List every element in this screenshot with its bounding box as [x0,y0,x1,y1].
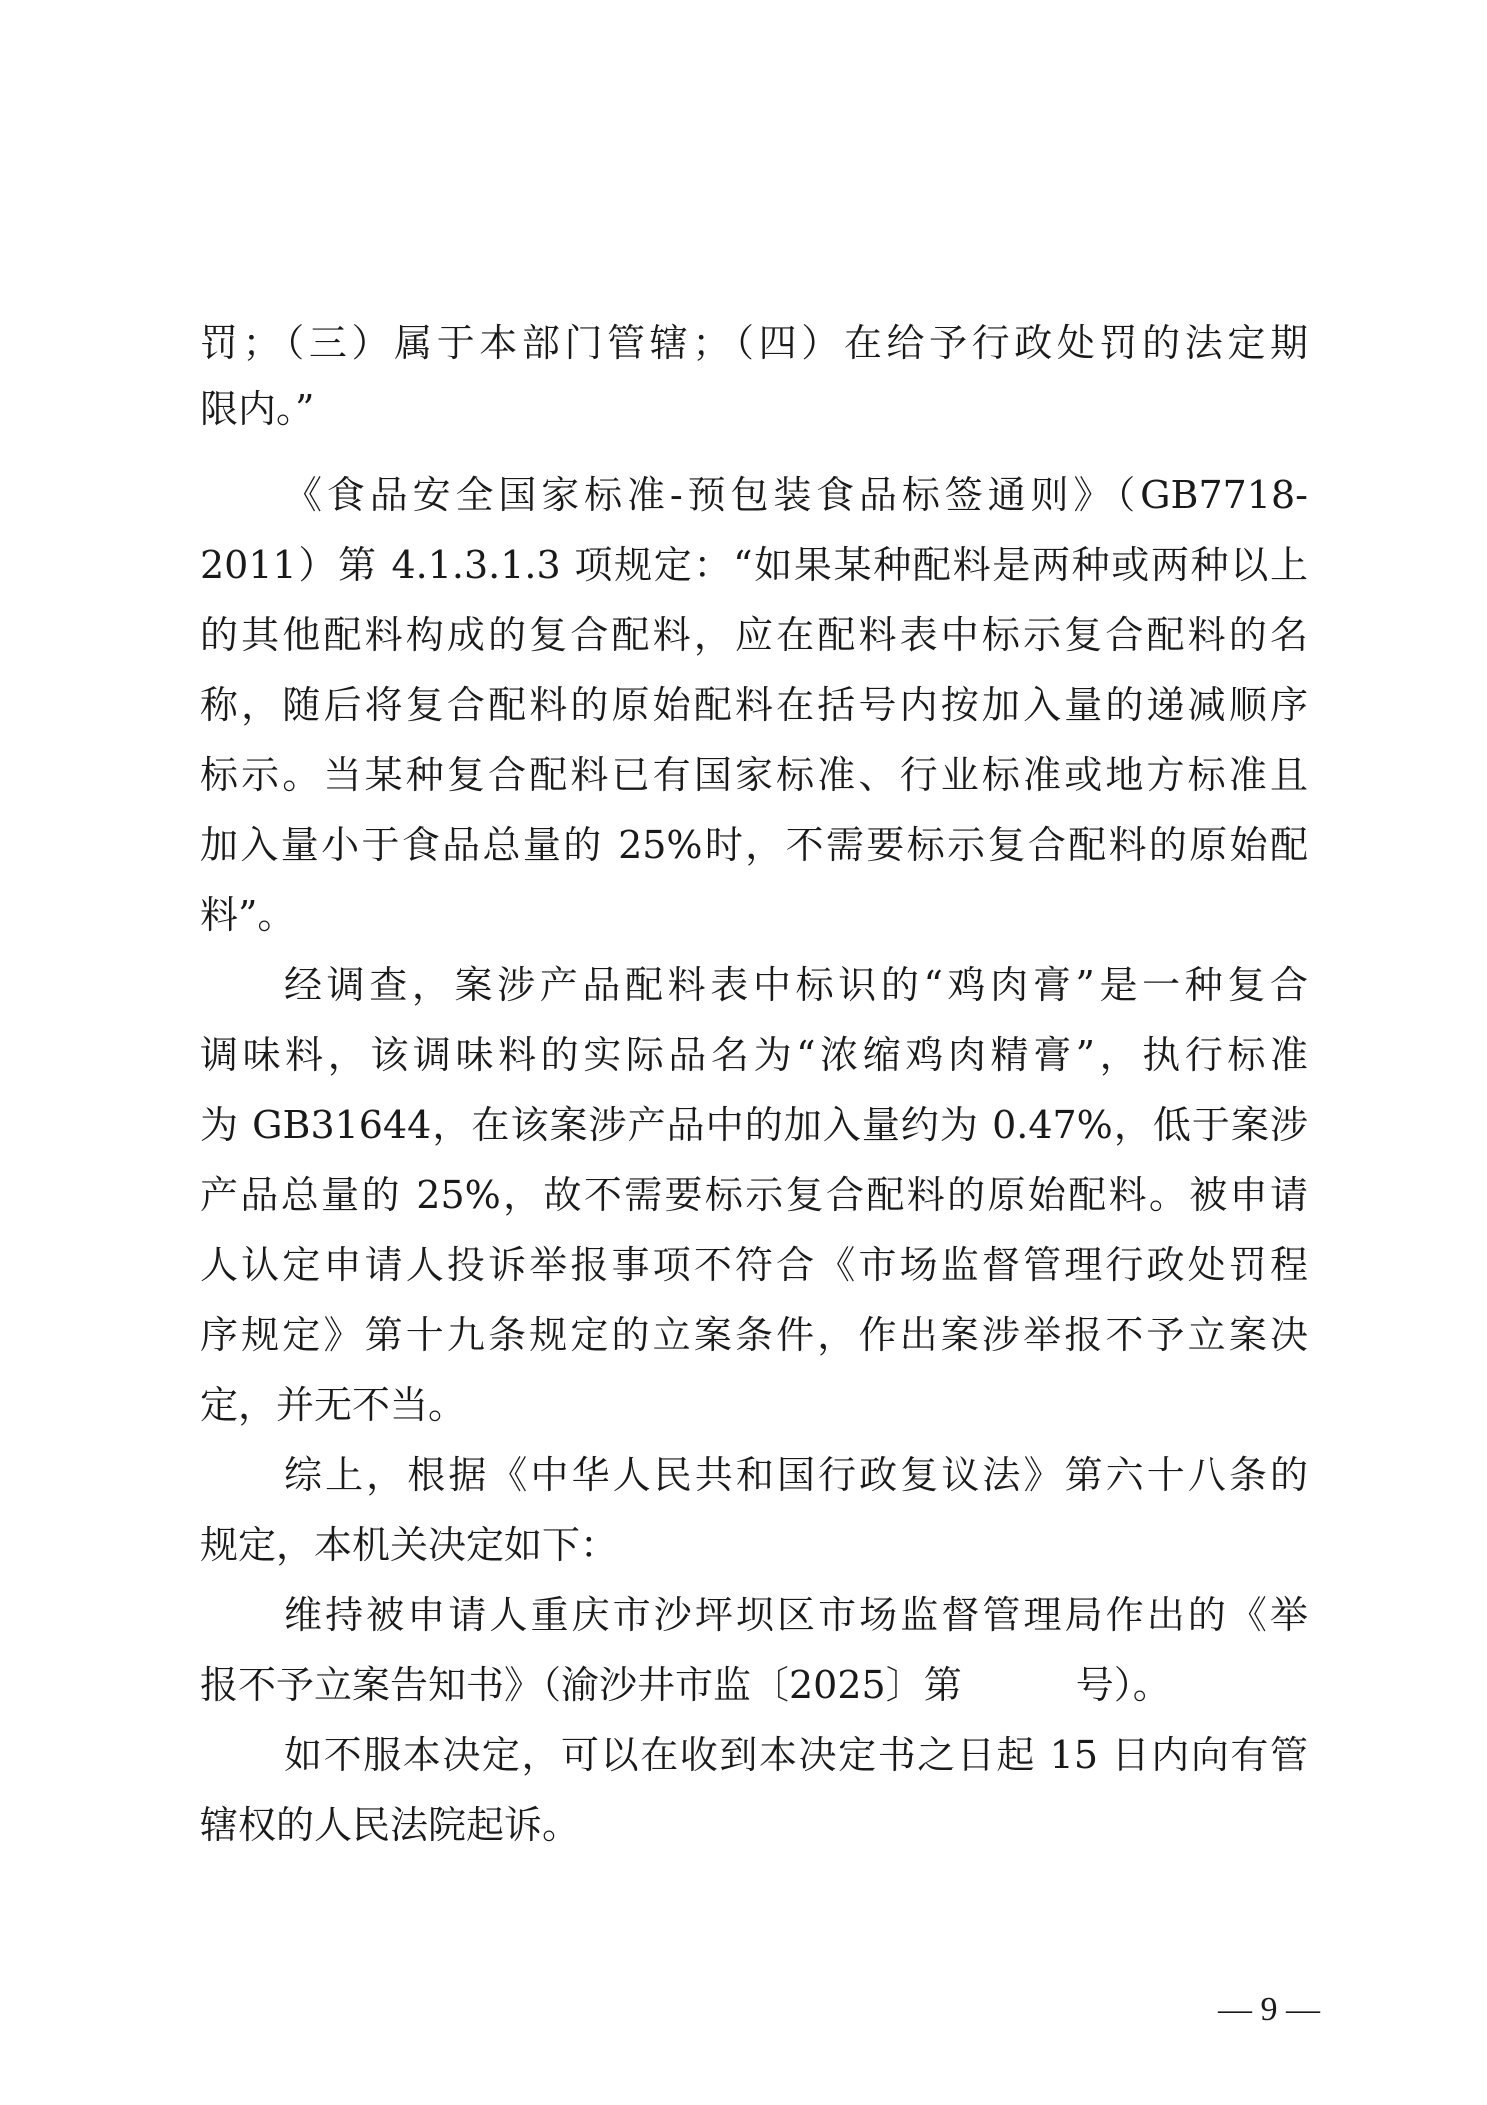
text-line: 维持被申请人重庆市沙坪坝区市场监督管理局作出的《举 [284,1590,1308,1640]
page-number: — 9 — [1200,1990,1320,2030]
text-line: 规定，本机关决定如下： [200,1520,1308,1570]
text-line: 《食品安全国家标准-预包装食品标签通则》（GB7718- [284,470,1308,520]
text-line: 经调查，案涉产品配料表中标识的“鸡肉膏”是一种复合 [284,960,1308,1010]
text-line: 定，并无不当。 [200,1380,1308,1430]
text-line: 罚；（三）属于本部门管辖；（四）在给予行政处罚的法定期 [200,318,1308,368]
text-line: 称，随后将复合配料的原始配料在括号内按加入量的递减顺序 [200,680,1308,730]
text-line: 产品总量的 25%，故不需要标示复合配料的原始配料。被申请 [200,1170,1308,1220]
text-line: 人认定申请人投诉举报事项不符合《市场监督管理行政处罚程 [200,1240,1308,1290]
text-line: 调味料，该调味料的实际品名为“浓缩鸡肉精膏”，执行标准 [200,1030,1308,1080]
text-line: 2011）第 4.1.3.1.3 项规定：“如果某种配料是两种或两种以上 [200,540,1308,590]
document-page: 罚；（三）属于本部门管辖；（四）在给予行政处罚的法定期 限内。” 《食品安全国家… [0,0,1487,2105]
text-line: 料”。 [200,890,1308,940]
text-line: 的其他配料构成的复合配料，应在配料表中标示复合配料的名 [200,610,1308,660]
text-line: 限内。” [200,384,1308,434]
text-line: 综上，根据《中华人民共和国行政复议法》第六十八条的 [284,1450,1308,1500]
text-line: 如不服本决定，可以在收到本决定书之日起 15 日内向有管 [284,1730,1308,1780]
text-line: 为 GB31644，在该案涉产品中的加入量约为 0.47%，低于案涉 [200,1100,1308,1150]
text-line: 辖权的人民法院起诉。 [200,1800,1308,1850]
text-line: 加入量小于食品总量的 25%时，不需要标示复合配料的原始配 [200,820,1308,870]
text-line: 序规定》第十九条规定的立案条件，作出案涉举报不予立案决 [200,1310,1308,1360]
text-line: 标示。当某种复合配料已有国家标准、行业标准或地方标准且 [200,750,1308,800]
text-line: 报不予立案告知书》（渝沙井市监〔2025〕第 号）。 [200,1660,1308,1710]
